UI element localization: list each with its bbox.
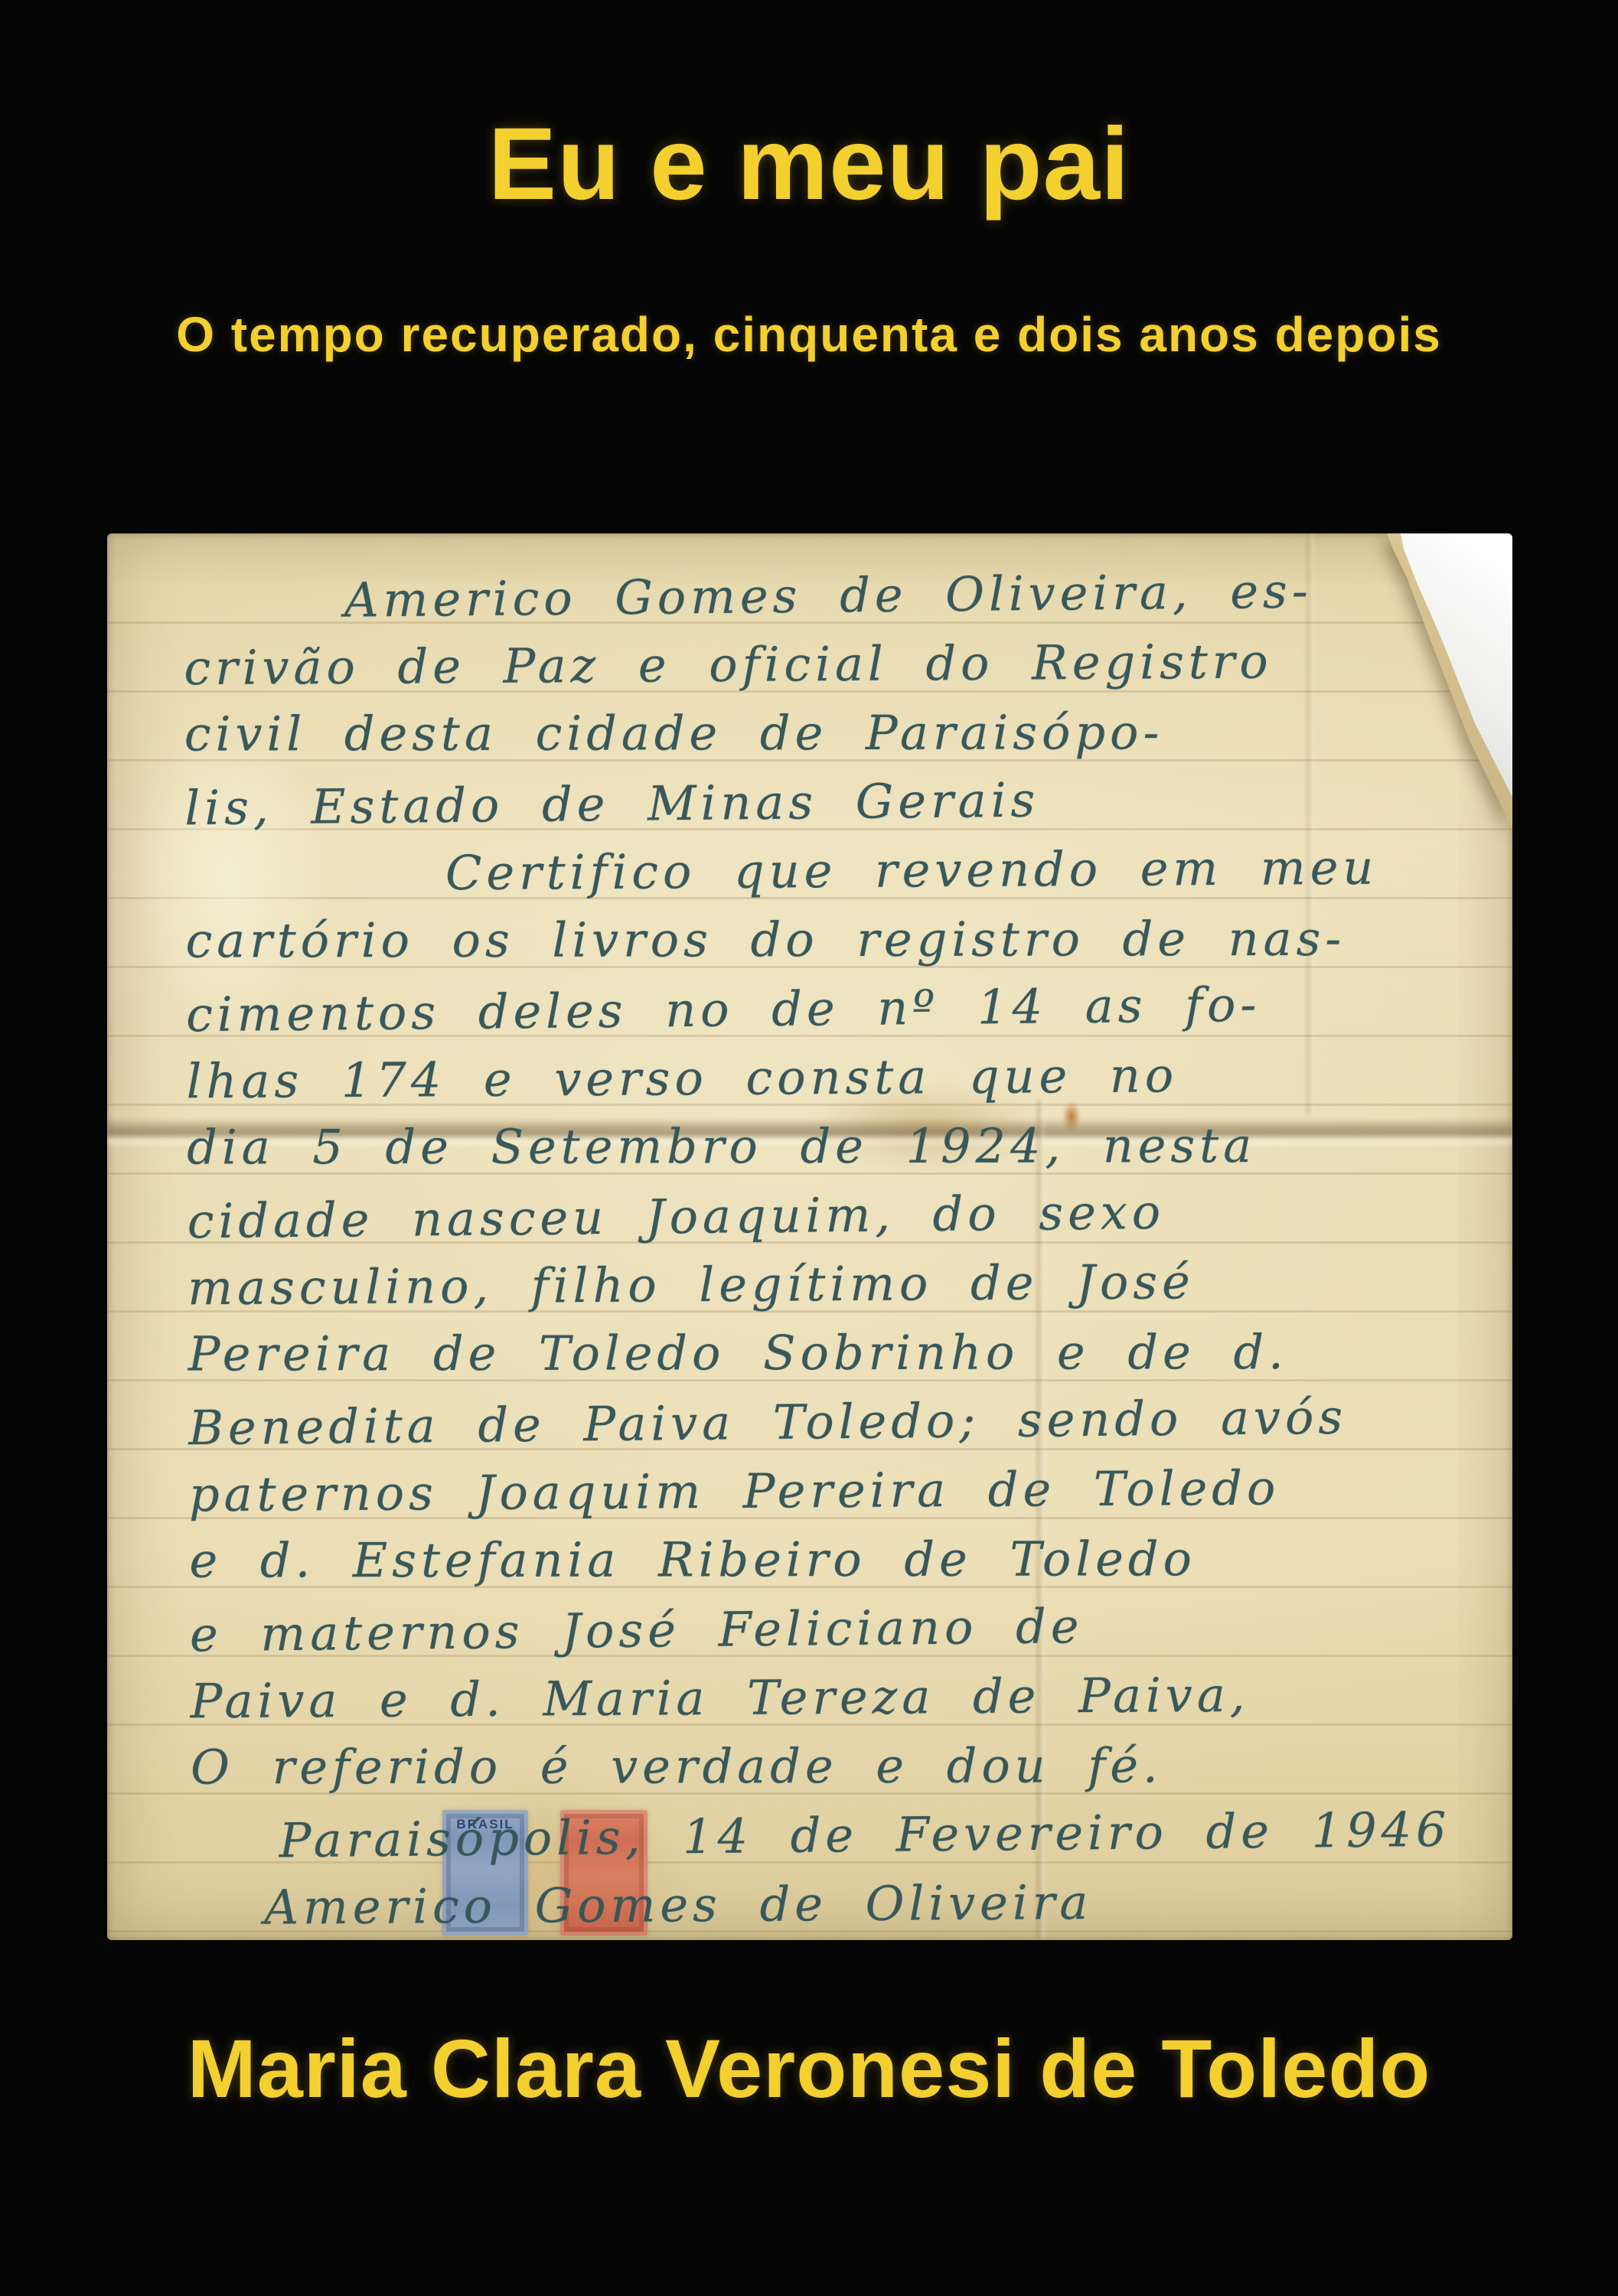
handwriting-line: lis, Estado de Minas Gerais — [184, 762, 1502, 843]
handwriting-line: O referido é verdade e dou fé. — [191, 1730, 1507, 1802]
handwriting-line: Americo Gomes de Oliveira, es- — [344, 555, 1500, 634]
handwriting-line: cidade nasceu Joaquim, do sexo — [187, 1175, 1504, 1257]
handwriting-line: lhas 174 e verso consta que no — [186, 1039, 1503, 1117]
certificate-photo: BRASIL Americo Gomes de Oliveira, es- cr… — [107, 533, 1512, 1940]
handwriting-line: crivão de Paz e oficial do Registro — [184, 626, 1501, 703]
handwriting-line: Certifico que revendo em meu — [445, 833, 1502, 908]
handwritten-text: Americo Gomes de Oliveira, es- crivão de… — [184, 557, 1509, 1940]
author-name: Maria Clara Veronesi de Toledo — [0, 2020, 1618, 2116]
handwriting-line: cartório os livros do registro de nas- — [185, 905, 1502, 976]
handwriting-line: cimentos deles no de nº 14 as fo- — [186, 968, 1503, 1050]
handwriting-line: Americo Gomes de Oliveira — [264, 1866, 1509, 1940]
handwriting-line: Pereira de Toledo Sobrinho e de d. — [188, 1317, 1505, 1388]
handwriting-line: Paiva e d. Maria Tereza de Paiva, — [190, 1659, 1507, 1737]
handwriting-line: masculino, filho legítimo de José — [188, 1246, 1505, 1323]
torn-corner-backing — [1359, 533, 1512, 847]
handwriting-line: Benedita de Paiva Toledo; sendo avós — [188, 1381, 1505, 1463]
book-subtitle: O tempo recuperado, cinquenta e dois ano… — [0, 306, 1618, 363]
handwriting-line: paternos Joaquim Pereira de Toledo — [189, 1453, 1506, 1530]
handwriting-line: e d. Estefania Ribeiro de Toledo — [189, 1524, 1505, 1595]
handwriting-line: e maternos José Feliciano de — [190, 1588, 1507, 1670]
handwriting-line: dia 5 de Setembro de 1924, nesta — [187, 1111, 1503, 1182]
book-cover: Eu e meu pai O tempo recuperado, cinquen… — [0, 0, 1618, 2296]
book-title: Eu e meu pai — [0, 106, 1618, 223]
torn-corner — [1359, 533, 1512, 847]
handwriting-line: Paraisópolis, 14 de Fevereiro de 1946 — [279, 1795, 1508, 1875]
handwriting-line: civil desta cidade de Paraisópo- — [184, 698, 1501, 769]
